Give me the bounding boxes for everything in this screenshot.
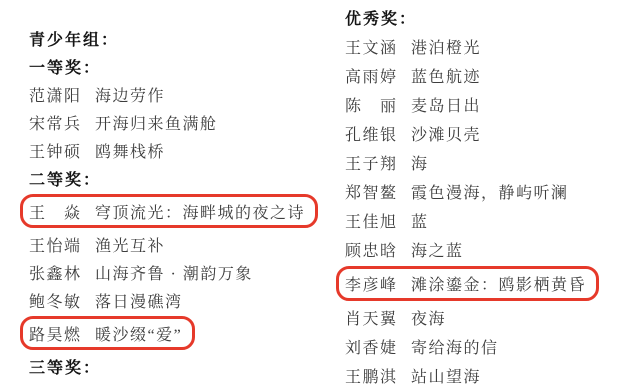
- award-entry-row: 刘香婕 寄给海的信: [345, 332, 599, 361]
- second-prize-heading: 二等奖：: [29, 164, 318, 192]
- entry-author: 孔维银: [345, 122, 411, 145]
- group-heading: 青少年组：: [29, 24, 318, 52]
- award-entry-row: 郑智鳌 霞色漫海，静屿听澜: [345, 177, 599, 206]
- entry-author: 王佳旭: [345, 209, 411, 232]
- award-entry-row: 王文涵 港泊橙光: [345, 32, 599, 61]
- entry-author: 陈 丽: [345, 93, 411, 116]
- entry-work-title: 海之蓝: [411, 238, 464, 261]
- entry-author: 范潇阳: [29, 83, 95, 106]
- group-heading-text: 青少年组：: [29, 27, 119, 50]
- award-entry-row: 王怡端 渔光互补: [29, 230, 318, 258]
- entry-author: 刘香婕: [345, 335, 411, 358]
- entry-author: 肖天翼: [345, 306, 411, 329]
- entry-work-title: 开海归来鱼满舱: [95, 111, 218, 134]
- excellence-award-heading-text: 优秀奖：: [345, 6, 417, 29]
- award-entry-row: 王子翔 海: [345, 148, 599, 177]
- entry-work-title: 滩涂鎏金：鸥影栖黄昏: [411, 272, 586, 295]
- first-prize-heading-text: 一等奖：: [29, 55, 101, 78]
- entry-work-title: 暖沙缀“爱”: [95, 322, 182, 345]
- entry-work-title: 站山望海: [411, 364, 481, 387]
- entry-work-title: 麦岛日出: [411, 93, 481, 116]
- award-entry-row: 王佳旭 蓝: [345, 206, 599, 235]
- entry-work-title: 港泊橙光: [411, 35, 481, 58]
- entry-author: 高雨婷: [345, 64, 411, 87]
- third-prize-heading-text: 三等奖：: [29, 355, 101, 378]
- entry-work-title: 寄给海的信: [411, 335, 499, 358]
- entry-author: 宋常兵: [29, 111, 95, 134]
- award-entry-row: 王钟硕 鸥舞栈桥: [29, 136, 318, 164]
- awards-column-left: 青少年组： 一等奖： 范潇阳 海边劳作 宋常兵 开海归来鱼满舱 王钟硕 鸥舞栈桥…: [29, 24, 318, 380]
- entry-author: 王子翔: [345, 151, 411, 174]
- awards-column-right: 优秀奖： 王文涵 港泊橙光 高雨婷 蓝色航迹 陈 丽 麦岛日出 孔维银 沙滩贝壳…: [345, 3, 599, 387]
- highlighted-award-entry-row: 路昊燃 暖沙缀“爱”: [20, 316, 195, 350]
- award-entry-row: 孔维银 沙滩贝壳: [345, 119, 599, 148]
- entry-author: 王鹏淇: [345, 364, 411, 387]
- entry-author: 顾忠晗: [345, 238, 411, 261]
- entry-author: 路昊燃: [29, 322, 95, 345]
- entry-work-title: 蓝: [411, 209, 429, 232]
- first-prize-heading: 一等奖：: [29, 52, 318, 80]
- award-entry-row: 范潇阳 海边劳作: [29, 80, 318, 108]
- entry-author: 王 焱: [29, 200, 95, 223]
- entry-work-title: 鸥舞栈桥: [95, 139, 165, 162]
- entry-work-title: 蓝色航迹: [411, 64, 481, 87]
- award-entry-row: 鲍冬敏 落日漫礁湾: [29, 286, 318, 314]
- award-entry-row: 顾忠晗 海之蓝: [345, 235, 599, 264]
- entry-work-title: 海: [411, 151, 429, 174]
- entry-author: 王文涵: [345, 35, 411, 58]
- entry-work-title: 渔光互补: [95, 233, 165, 256]
- highlighted-award-entry-row: 王 焱 穹顶流光：海畔城的夜之诗: [20, 194, 318, 228]
- award-entry-row: 张鑫林 山海齐鲁 · 潮韵万象: [29, 258, 318, 286]
- entry-work-title: 沙滩贝壳: [411, 122, 481, 145]
- entry-author: 张鑫林: [29, 261, 95, 284]
- award-entry-row: 宋常兵 开海归来鱼满舱: [29, 108, 318, 136]
- entry-author: 鲍冬敏: [29, 289, 95, 312]
- third-prize-heading: 三等奖：: [29, 352, 318, 380]
- excellence-award-heading: 优秀奖：: [345, 3, 599, 32]
- entry-work-title: 海边劳作: [95, 83, 165, 106]
- award-entry-row: 陈 丽 麦岛日出: [345, 90, 599, 119]
- entry-author: 王钟硕: [29, 139, 95, 162]
- award-entry-row: 王鹏淇 站山望海: [345, 361, 599, 387]
- entry-author: 郑智鳌: [345, 180, 411, 203]
- entry-author: 王怡端: [29, 233, 95, 256]
- award-entry-row: 肖天翼 夜海: [345, 303, 599, 332]
- entry-work-title: 穹顶流光：海畔城的夜之诗: [95, 200, 305, 223]
- second-prize-heading-text: 二等奖：: [29, 167, 101, 190]
- entry-author: 李彦峰: [345, 272, 411, 295]
- award-entry-row: 高雨婷 蓝色航迹: [345, 61, 599, 90]
- entry-work-title: 山海齐鲁 · 潮韵万象: [95, 261, 253, 284]
- highlighted-award-entry-row: 李彦峰 滩涂鎏金：鸥影栖黄昏: [336, 266, 599, 301]
- entry-work-title: 落日漫礁湾: [95, 289, 183, 312]
- entry-work-title: 夜海: [411, 306, 446, 329]
- entry-work-title: 霞色漫海，静屿听澜: [411, 180, 569, 203]
